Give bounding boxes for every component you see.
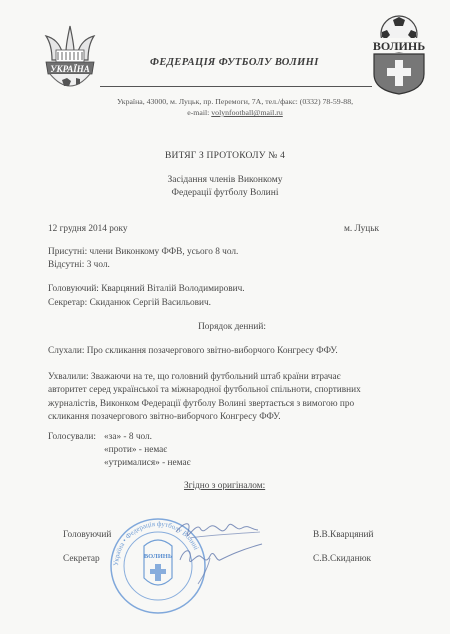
resolution-line: скликання позачергового звітно-виборчого…: [48, 411, 428, 424]
heard-line: Слухали: Про скликання позачергового зві…: [48, 346, 338, 356]
vote-for: «за» - 8 чол.: [104, 432, 152, 442]
document-title: ВИТЯГ З ПРОТОКОЛУ № 4: [0, 151, 450, 161]
email-link[interactable]: volynfootball@mail.ru: [211, 108, 283, 117]
volyn-club-shield-logo-icon: ВОЛИНЬ: [368, 12, 430, 96]
email-label: e-mail:: [187, 108, 211, 117]
resolution-line: журналістів, Виконком Федерації футболу …: [48, 398, 428, 411]
svg-text:ВОЛИНЬ: ВОЛИНЬ: [144, 553, 172, 560]
handwritten-signatures-icon: [170, 518, 270, 588]
address-block: Україна, 43000, м. Луцьк, пр. Перемоги, …: [95, 96, 375, 118]
resolution-line: Ухвалили: Зважаючи на те, що головний фу…: [48, 371, 428, 384]
resolution-line: авторитет серед української та міжнародн…: [48, 384, 428, 397]
federation-name: ФЕДЕРАЦІЯ ФУТБОЛУ ВОЛИНІ: [150, 57, 319, 68]
document-subtitle: Засідання членів Виконкому Федерації фут…: [0, 174, 450, 200]
chairman-line: Головуючий: Кварцяний Віталій Володимиро…: [48, 284, 245, 294]
ukraine-ffu-trident-logo-icon: УКРАЇНА: [40, 22, 100, 98]
voting-label: Голосували:: [48, 432, 96, 442]
meeting-city: м. Луцьк: [344, 224, 379, 234]
document-page: УКРАЇНА ВОЛИНЬ ФЕДЕРАЦІЯ ФУТБОЛУ ВОЛИНІ …: [0, 0, 450, 634]
meeting-date: 12 грудня 2014 року: [48, 224, 128, 234]
present-members: Присутні: члени Виконкому ФФВ, усього 8 …: [48, 247, 238, 257]
svg-text:УКРАЇНА: УКРАЇНА: [50, 64, 90, 74]
subtitle-line-2: Федерації футболу Волині: [0, 187, 450, 200]
header-divider: [100, 86, 372, 87]
certified-copy-label: Згідно з оригіналом:: [184, 481, 265, 491]
address-line: Україна, 43000, м. Луцьк, пр. Перемоги, …: [95, 96, 375, 107]
signature-name-secretary: С.В.Скиданюк: [313, 554, 371, 564]
resolution-block: Ухвалили: Зважаючи на те, що головний фу…: [48, 371, 428, 424]
agenda-heading: Порядок денний:: [0, 322, 450, 332]
signature-role-chairman: Головуючий: [63, 530, 111, 540]
svg-text:ВОЛИНЬ: ВОЛИНЬ: [373, 39, 425, 53]
email-line: e-mail: volynfootball@mail.ru: [95, 107, 375, 118]
vote-abstained: «утрималися» - немає: [104, 458, 191, 468]
subtitle-line-1: Засідання членів Виконкому: [0, 174, 450, 187]
vote-against: «проти» - немає: [104, 445, 167, 455]
absent-members: Відсутні: 3 чол.: [48, 260, 110, 270]
signature-role-secretary: Секретар: [63, 554, 100, 564]
signature-name-chairman: В.В.Кварцяний: [313, 530, 373, 540]
secretary-line: Секретар: Скиданюк Сергій Васильович.: [48, 298, 211, 308]
